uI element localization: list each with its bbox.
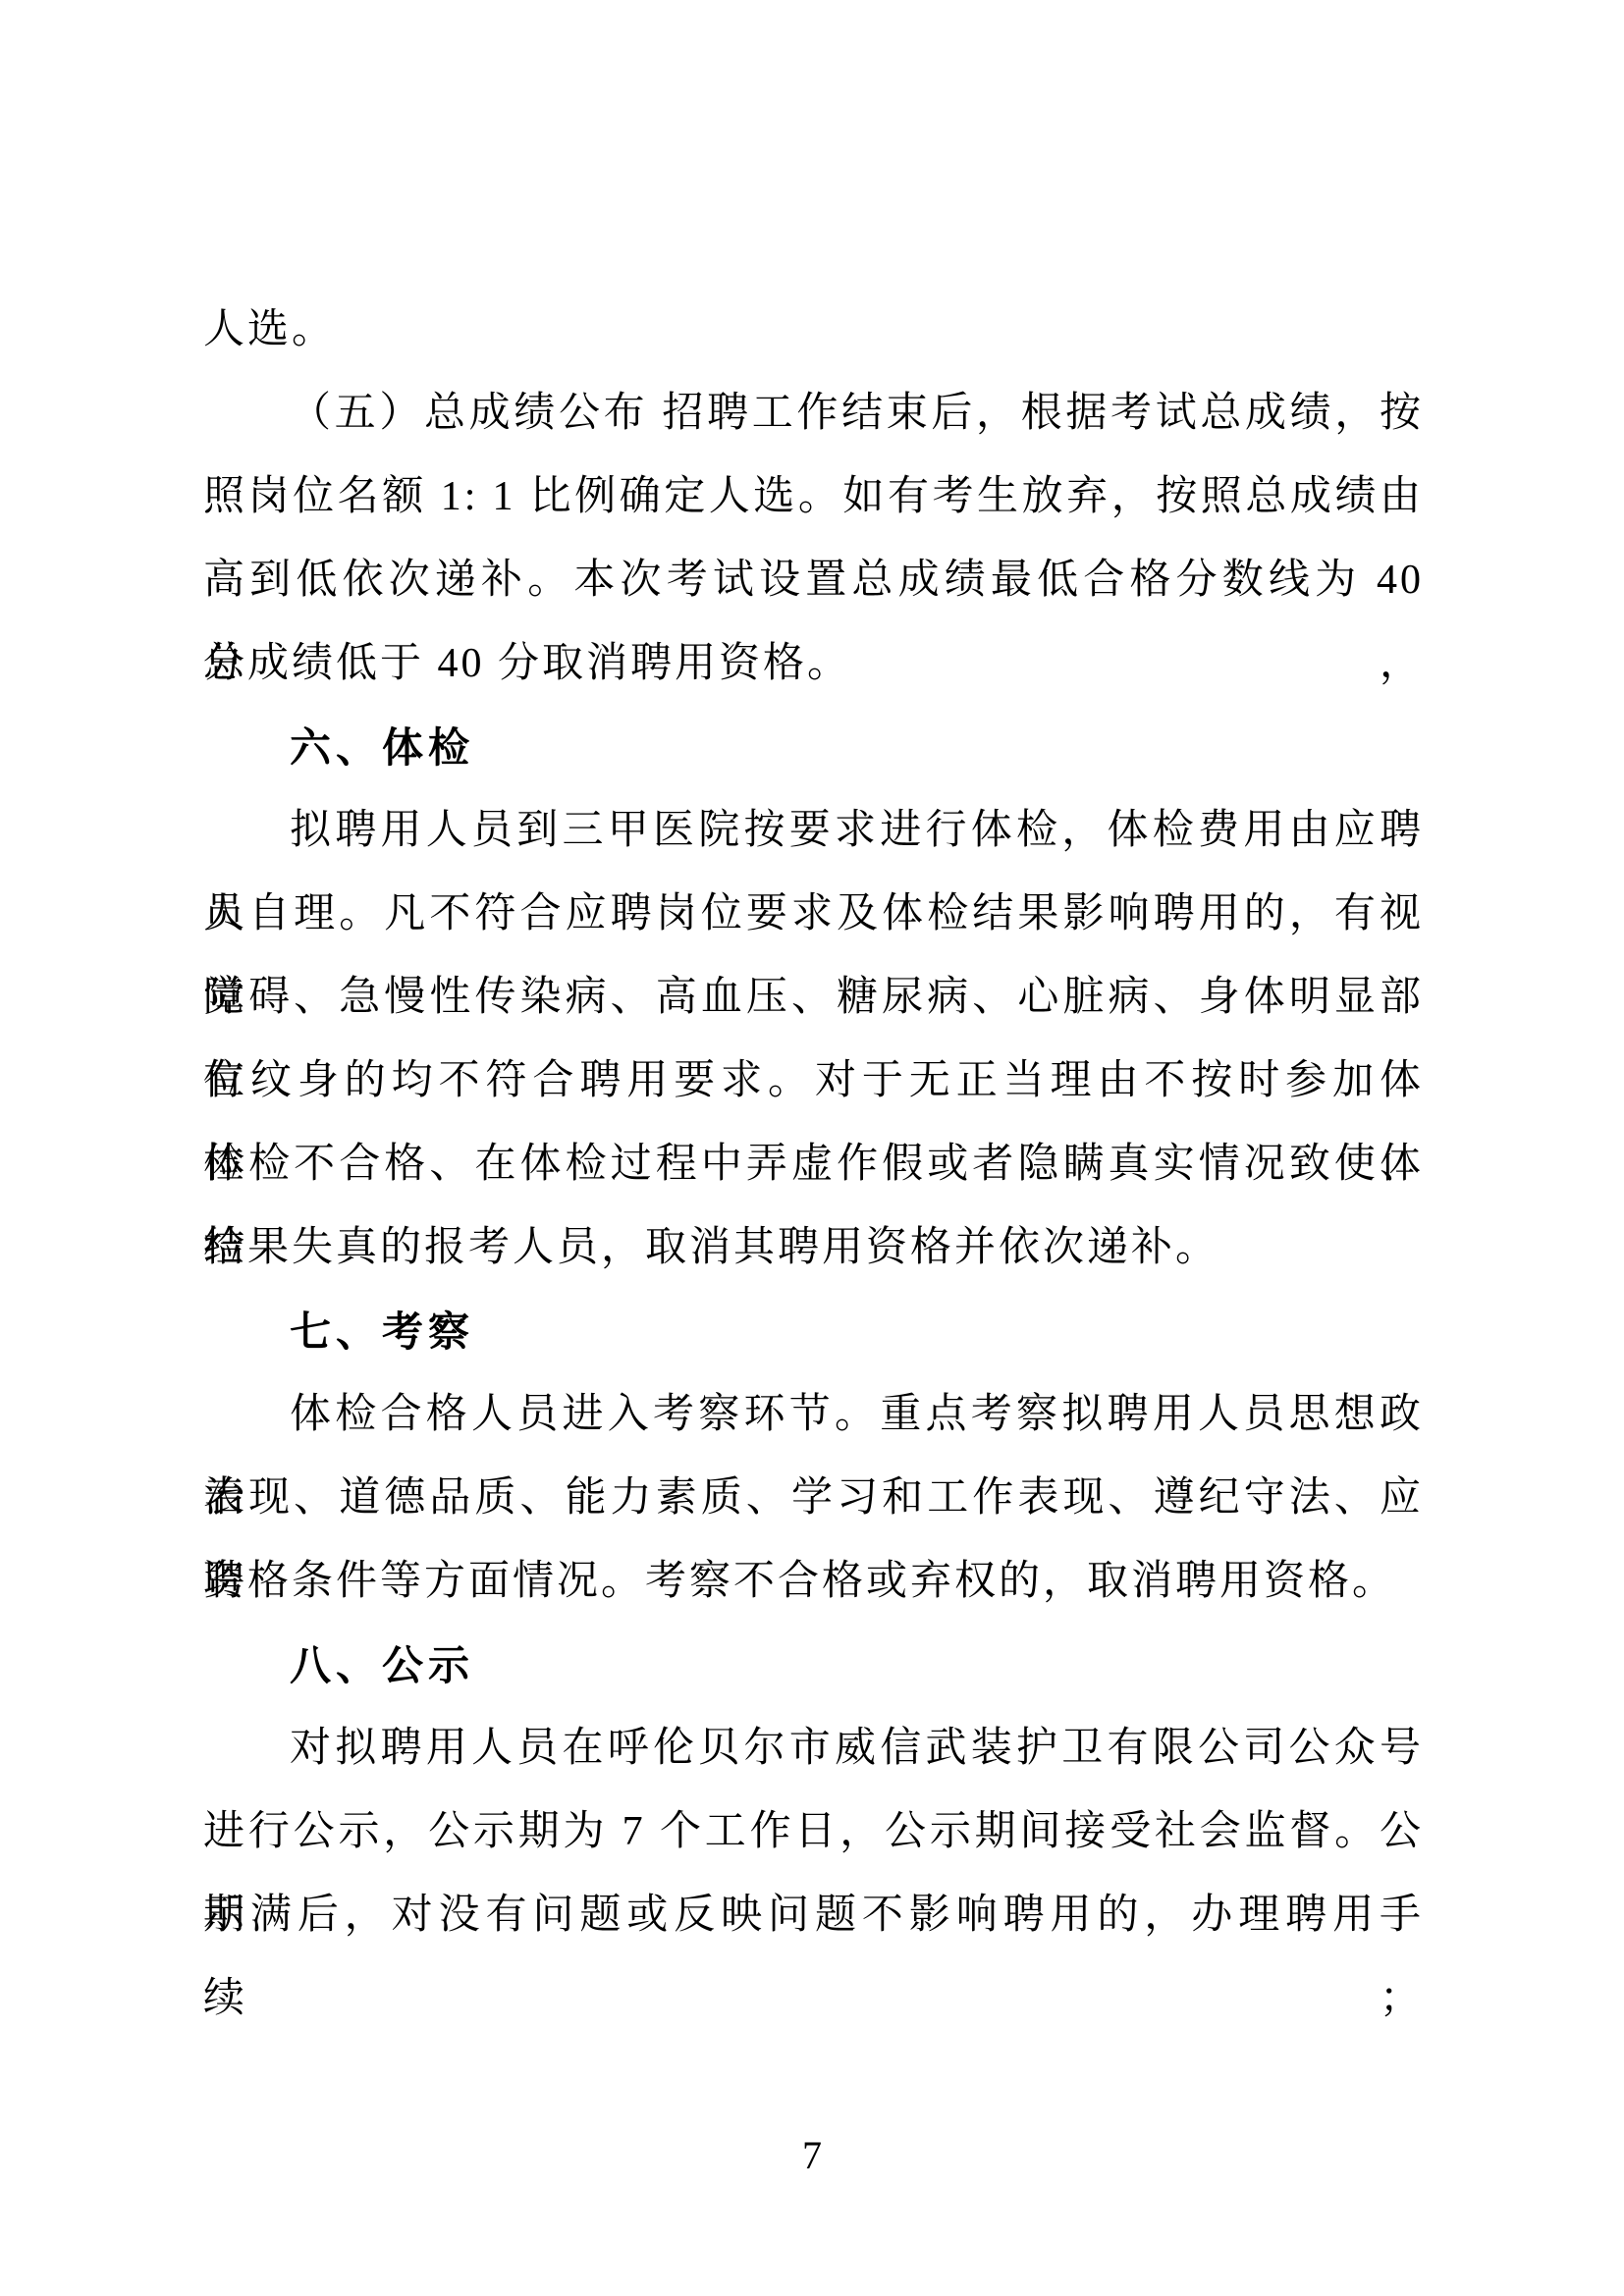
text-line: 照岗位名额 1: 1 比例确定人选。如有考生放弃，按照总成绩由: [203, 455, 1424, 539]
section-heading: 七、考察: [203, 1290, 1424, 1373]
text-line: （五）总成绩公布 招聘工作结束后，根据考试总成绩，按: [203, 372, 1424, 455]
text-line: 人选。: [203, 289, 1424, 372]
text-line: 期满后，对没有问题或反映问题不影响聘用的，办理聘用手续；: [203, 1874, 1424, 1957]
page-number: 7: [0, 2128, 1624, 2183]
document-body: 人选。（五）总成绩公布 招聘工作结束后，根据考试总成绩，按照岗位名额 1: 1 …: [203, 289, 1424, 1957]
document-page: 人选。（五）总成绩公布 招聘工作结束后，根据考试总成绩，按照岗位名额 1: 1 …: [0, 0, 1624, 2296]
text-line: 体检不合格、在体检过程中弄虚作假或者隐瞒真实情况致使体检: [203, 1123, 1424, 1206]
section-heading: 八、公示: [203, 1624, 1424, 1707]
text-line: 拟聘用人员到三甲医院按要求进行体检，体检费用由应聘人: [203, 789, 1424, 873]
text-line: 高到低依次递补。本次考试设置总成绩最低合格分数线为 40 分，: [203, 539, 1424, 622]
text-line: 体检合格人员进入考察环节。重点考察拟聘用人员思想政治: [203, 1373, 1424, 1457]
section-heading: 六、体检: [203, 706, 1424, 789]
text-line: 进行公示，公示期为 7 个工作日，公示期间接受社会监督。公示: [203, 1790, 1424, 1874]
text-line: 表现、道德品质、能力素质、学习和工作表现、遵纪守法、应聘: [203, 1457, 1424, 1540]
text-line: 资格条件等方面情况。考察不合格或弃权的，取消聘用资格。: [203, 1540, 1424, 1624]
text-line: 障碍、急慢性传染病、高血压、糖尿病、心脏病、身体明显部位: [203, 956, 1424, 1040]
text-line: 对拟聘用人员在呼伦贝尔市威信武装护卫有限公司公众号: [203, 1707, 1424, 1790]
text-line: 结果失真的报考人员，取消其聘用资格并依次递补。: [203, 1206, 1424, 1290]
text-line: 有纹身的均不符合聘用要求。对于无正当理由不按时参加体检、: [203, 1040, 1424, 1123]
text-line: 员自理。凡不符合应聘岗位要求及体检结果影响聘用的，有视觉: [203, 873, 1424, 956]
